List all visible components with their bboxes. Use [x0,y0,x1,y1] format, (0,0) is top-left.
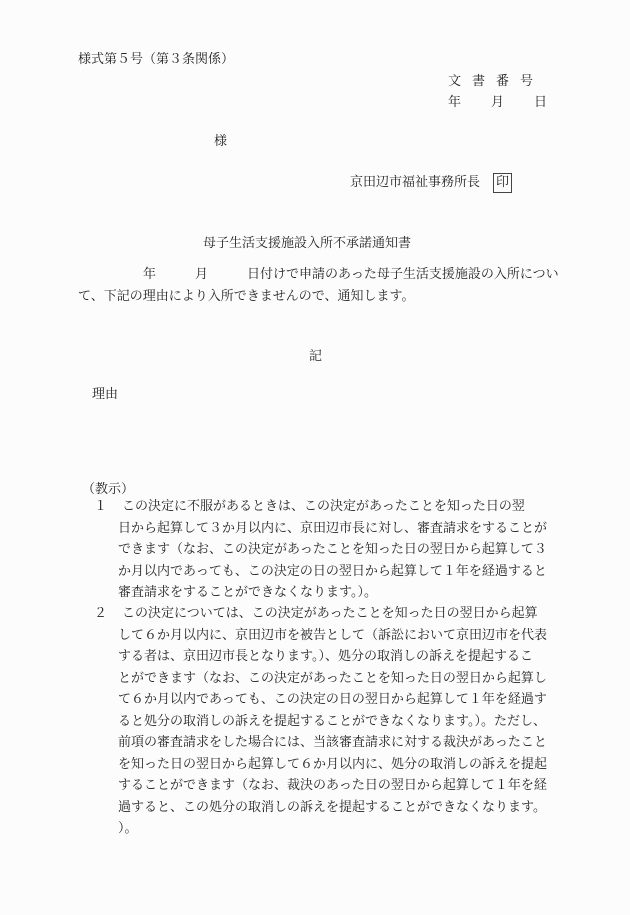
seal-stamp: 印 [493,173,512,193]
item-line: 審査請求をすることができなくなります。）。 [118,582,584,604]
item-line: ）。 [118,818,584,840]
item-line: して６か月以内に、京田辺市を被告として（訴訟において京田辺市を代表 [118,625,584,647]
item-line: 前項の審査請求をした場合には、当該審査請求に対する裁決があったこと [118,732,584,754]
item-number: １ [94,496,107,518]
ki-heading: 記 [309,345,322,364]
item-line: この決定に不服があるときは、この決定があったことを知った日の翌 [122,496,584,518]
addressee-honorific: 様 [214,130,227,149]
item-line: この決定については、この決定があったことを知った日の翌日から起算 [122,603,584,625]
item-line: 過すると、この処分の取消しの訴えを提起することができなくなります。 [118,797,584,819]
reason-label: 理由 [92,383,118,402]
item-line: することができます（なお、裁決のあった日の翌日から起算して１年を経 [118,775,584,797]
form-number: 様式第５号（第３条関係） [78,48,234,67]
date-year: 年 [448,91,461,110]
item-line: とができます（なお、この決定があったことを知った日の翌日から起算し [118,668,584,690]
document-number-label: 文書番号 [448,70,544,89]
intro-line: て、下記の理由により入所できませんので、通知します。 [78,286,578,308]
item-line: か月以内であっても、この決定の日の翌日から起算して１年を経過すると [118,561,584,583]
item-line: ると処分の取消しの訴えを提起することができなくなります。）。ただし、 [118,711,584,733]
item-number: ２ [94,603,107,625]
instruction-item-2: ２ この決定については、この決定があったことを知った日の翌日から起算 して６か月… [94,603,584,840]
instruction-item-1: １ この決定に不服があるときは、この決定があったことを知った日の翌 日から起算し… [94,496,584,604]
intro-line: 年 月 日付けで申請のあった母子生活支援施設の入所につい [78,264,578,286]
document-title: 母子生活支援施設入所不承諾通知書 [203,232,411,251]
item-line: できます（なお、この決定があったことを知った日の翌日から起算して３ [118,539,584,561]
item-line: 日から起算して３か月以内に、京田辺市長に対し、審査請求をすることが [118,518,584,540]
instructions-label: （教示） [82,478,134,497]
item-line: する者は、京田辺市長となります。）、処分の取消しの訴えを提起するこ [118,646,584,668]
sender-name: 京田辺市福祉事務所長 [350,175,480,190]
issue-date: 年月日 [448,91,547,110]
date-month: 月 [491,91,504,110]
sender-block: 京田辺市福祉事務所長印 [350,171,512,193]
intro-paragraph: 年 月 日付けで申請のあった母子生活支援施設の入所につい て、下記の理由により入… [78,264,578,308]
item-line: て６か月以内であっても、この決定の日の翌日から起算して１年を経過す [118,689,584,711]
date-day: 日 [534,91,547,110]
item-line: を知った日の翌日から起算して６か月以内に、処分の取消しの訴えを提起 [118,754,584,776]
